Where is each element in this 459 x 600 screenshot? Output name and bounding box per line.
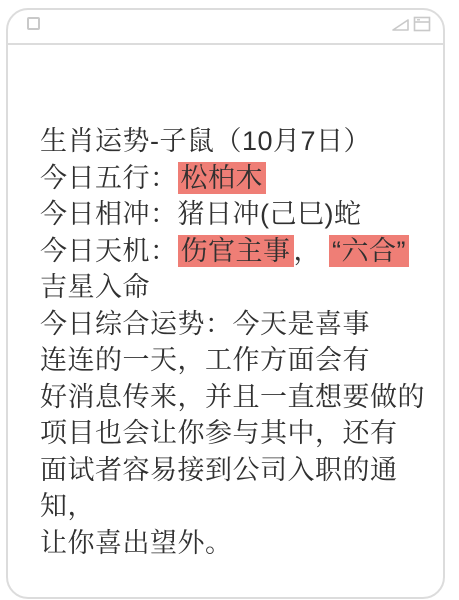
- highlighted-text: 伤官主事: [178, 235, 294, 267]
- text-line: 好消息传来，并且一直想要做的: [40, 379, 425, 416]
- text-line: 吉星入命: [40, 269, 425, 306]
- plain-text: 今日五行：: [40, 163, 178, 193]
- plain-text: 吉星入命: [40, 272, 150, 302]
- text-line: 让你喜出望外。: [40, 525, 425, 562]
- plain-text: 面试者容易接到公司入职的通知，: [40, 455, 398, 522]
- plain-text: 让你喜出望外。: [40, 528, 233, 558]
- text-line: 今日综合运势：今天是喜事: [40, 306, 425, 343]
- header-right-icons: [391, 16, 431, 32]
- highlighted-text: “六合”: [329, 235, 409, 267]
- fortune-post-card: 生肖运势-子鼠（10月7日）今日五行：松柏木今日相冲：猪日冲(己巳)蛇今日天机：…: [6, 8, 445, 599]
- card-header: [8, 10, 443, 45]
- plain-text: 好消息传来，并且一直想要做的: [40, 382, 425, 412]
- window-icon: [413, 16, 431, 32]
- plain-text: 今日综合运势：今天是喜事: [40, 309, 370, 339]
- fortune-text: 生肖运势-子鼠（10月7日）今日五行：松柏木今日相冲：猪日冲(己巳)蛇今日天机：…: [8, 45, 443, 561]
- plain-text: 连连的一天，工作方面会有: [40, 345, 370, 375]
- text-line: 今日五行：松柏木: [40, 160, 425, 197]
- triangle-icon: [391, 17, 411, 32]
- text-line: 今日天机：伤官主事， “六合”: [40, 233, 425, 270]
- highlighted-text: 松柏木: [178, 162, 267, 194]
- screenshot-stage: 生肖运势-子鼠（10月7日）今日五行：松柏木今日相冲：猪日冲(己巳)蛇今日天机：…: [0, 0, 459, 600]
- plain-text: ，: [294, 236, 330, 266]
- plain-text: 生肖运势-子鼠（10月7日）: [40, 126, 371, 156]
- text-line: 面试者容易接到公司入职的通知，: [40, 452, 425, 525]
- text-line: 生肖运势-子鼠（10月7日）: [40, 123, 425, 160]
- square-icon: [27, 17, 40, 30]
- plain-text: 项目也会让你参与其中，还有: [40, 418, 398, 448]
- text-line: 项目也会让你参与其中，还有: [40, 415, 425, 452]
- plain-text: 今日相冲：猪日冲(己巳)蛇: [40, 199, 361, 229]
- text-line: 今日相冲：猪日冲(己巳)蛇: [40, 196, 425, 233]
- text-line: 连连的一天，工作方面会有: [40, 342, 425, 379]
- plain-text: 今日天机：: [40, 236, 178, 266]
